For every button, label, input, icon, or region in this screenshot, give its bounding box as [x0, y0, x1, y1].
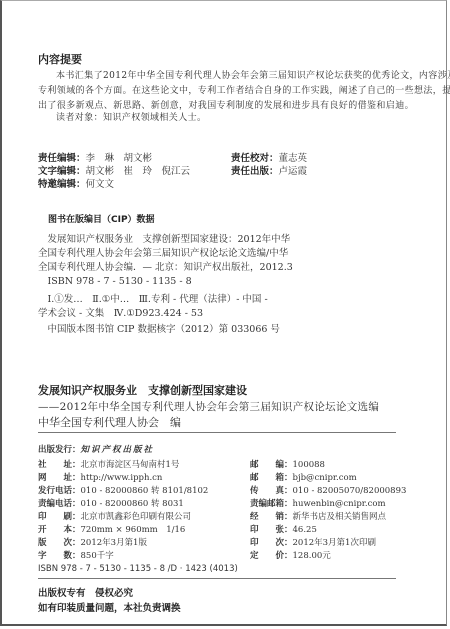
cip-line: 全国专利代理人协会年会第三届知识产权论坛论文选编/中华 — [38, 245, 288, 259]
publisher-logo: 知识产权出版社 — [81, 445, 155, 455]
info-row: 印 次：2012年3月第1次印刷 — [250, 536, 376, 548]
info-label: 印 次： — [250, 536, 293, 548]
cip-line: 全国专利代理人协会编．— 北京：知识产权出版社，2012.3 — [38, 259, 293, 273]
abstract-line: 本书汇集了2012年中华全国专利代理人协会年会第三届知识产权论坛获奖的优秀论文，… — [56, 68, 450, 81]
isbn-line: ISBN 978 - 7 - 5130 - 1135 - 8 /D · 1423… — [38, 564, 238, 574]
info-value: 北京市凯鑫彩色印刷有限公司 — [81, 512, 192, 522]
info-row: 社 址：北京市海淀区马甸南村1号 — [38, 458, 179, 470]
info-row: 版 次：2012年3月第1版 — [38, 536, 147, 548]
website-value: http://www.ipph.cn — [81, 473, 163, 483]
info-label: 开 本： — [38, 523, 81, 535]
reader-line: 读者对象：知识产权领域相关人士。 — [56, 110, 206, 123]
info-label: 社 址： — [38, 458, 81, 470]
email-value: bjb@cnipr.com — [293, 473, 357, 483]
info-label: 邮 箱： — [250, 471, 293, 483]
cip-title: 图书在版编目（CIP）数据 — [48, 212, 155, 225]
email-value: huwenbin@cnipr.com — [293, 499, 386, 509]
divider — [38, 578, 396, 579]
info-row: 邮 编：100088 — [250, 458, 325, 470]
info-label: 邮 编： — [250, 458, 293, 470]
info-value: 新华书店及相关销售网点 — [293, 512, 387, 522]
cip-classification: 学术会议 - 文集 Ⅳ.①D923.424 - 53 — [38, 305, 203, 319]
cip-classification: Ⅰ.①发… Ⅱ.①中… Ⅲ.专利 - 代理（法律）- 中国 - — [38, 291, 268, 305]
info-label: 字 数： — [38, 549, 81, 561]
info-label: 经 销： — [250, 510, 293, 522]
info-label: 责编邮箱： — [250, 497, 293, 509]
divider — [38, 432, 396, 433]
credit-value: 卢运霞 — [279, 166, 308, 177]
price-value: 128.00元 — [293, 551, 331, 561]
abstract-line: 专利领域的各个方面。在这些论文中，专利工作者结合自身的工作实践，阐述了自己的一些… — [38, 83, 450, 96]
info-value: 2012年3月第1版 — [81, 538, 147, 548]
credit-label: 特邀编辑： — [38, 179, 86, 190]
info-label: 发行电话： — [38, 484, 81, 496]
info-label: 印 刷： — [38, 510, 81, 522]
info-value: 010 - 82005070/82000893 — [293, 486, 407, 496]
info-label: 网 址： — [38, 471, 81, 483]
info-value: 2012年3月第1次印刷 — [293, 538, 376, 548]
exchange-notice: 如有印装质量问题，本社负责调换 — [38, 600, 181, 614]
cip-isbn: ISBN 978 - 7 - 5130 - 1135 - 8 — [38, 273, 192, 287]
book-title: 发展知识产权服务业 支撑创新型国家建设 — [38, 382, 247, 398]
info-label: 定 价： — [250, 549, 293, 561]
info-row: 定 价：128.00元 — [250, 549, 331, 561]
info-row: 开 本：720mm × 960mm 1/16 — [38, 523, 185, 535]
info-label: 传 真： — [250, 484, 293, 496]
info-value: 北京市海淀区马甸南村1号 — [81, 460, 180, 470]
info-row: 经 销：新华书店及相关销售网点 — [250, 510, 386, 522]
book-editor: 中华全国专利代理人协会 编 — [38, 414, 181, 430]
credit-row: 特邀编辑：何文文 — [38, 172, 114, 191]
info-row: 印 张：46.25 — [250, 523, 317, 535]
copyright-notice: 出版权专有 侵权必究 — [38, 585, 133, 599]
info-value: 010 - 82000860 转 8031 — [81, 499, 184, 509]
credit-row: 责任出版：卢运霞 — [231, 159, 307, 178]
info-row: 责编邮箱：huwenbin@cnipr.com — [250, 497, 386, 509]
cip-line: 发展知识产权服务业 支撑创新型国家建设：2012年中华 — [38, 231, 290, 245]
credit-label: 责任出版： — [231, 166, 279, 177]
info-row: 印 刷：北京市凯鑫彩色印刷有限公司 — [38, 510, 191, 522]
info-row: 字 数：850千字 — [38, 549, 114, 561]
info-label: 版 次： — [38, 536, 81, 548]
info-value: 46.25 — [293, 525, 317, 535]
info-value: 720mm × 960mm 1/16 — [81, 525, 186, 535]
info-row: 网 址：http://www.ipph.cn — [38, 471, 162, 483]
info-row: 发行电话：010 - 82000860 转 8101/8102 — [38, 484, 208, 496]
info-label: 责编电话： — [38, 497, 81, 509]
info-row: 责编电话：010 - 82000860 转 8031 — [38, 497, 184, 509]
info-value: 850千字 — [81, 551, 114, 561]
publisher-label: 出版发行： — [38, 443, 81, 455]
info-row: 邮 箱：bjb@cnipr.com — [250, 471, 357, 483]
publisher-row: 出版发行：知识产权出版社 — [38, 443, 154, 455]
book-subtitle: ——2012年中华全国专利代理人协会年会第三届知识产权论坛论文选编 — [38, 399, 379, 414]
info-row: 传 真：010 - 82005070/82000893 — [250, 484, 406, 496]
abstract-heading: 内容提要 — [38, 51, 82, 67]
info-value: 010 - 82000860 转 8101/8102 — [81, 486, 209, 496]
credit-value: 何文文 — [86, 179, 115, 190]
info-value: 100088 — [293, 460, 325, 470]
info-label: 印 张： — [250, 523, 293, 535]
cip-record-number: 中国版本图书馆 CIP 数据核字（2012）第 033066 号 — [38, 321, 280, 335]
